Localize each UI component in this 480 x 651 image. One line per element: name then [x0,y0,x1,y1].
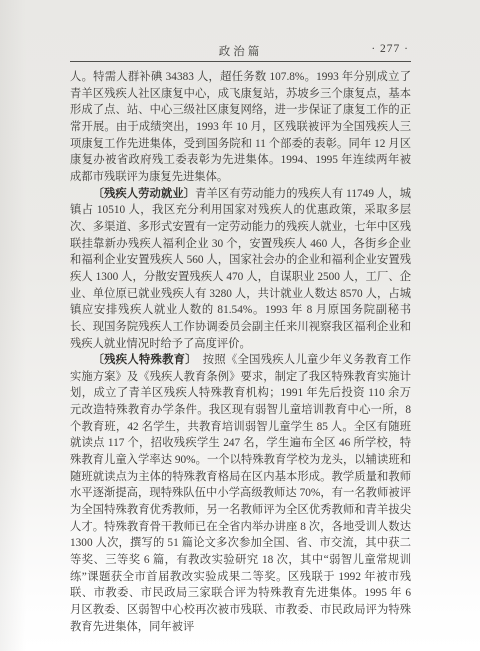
paragraph-text: 按照《全国残疾人儿童少年义务教育工作实施方案》及《残疾人教育条例》要求，制定了我… [70,354,411,633]
paragraph-heading: 〔残疾人特殊教育〕 [93,354,192,366]
section-title: 政治篇 [219,43,263,59]
paragraph-employment: 〔残疾人劳动就业〕青羊区有劳动能力的残疾人有 11749 人，城镇占 10510… [70,186,411,353]
paragraph-heading: 〔残疾人劳动就业〕 [93,188,196,200]
running-head: 政治篇 · 277 · [70,41,411,62]
paragraph-special-education: 〔残疾人特殊教育〕 按照《全国残疾人儿童少年义务教育工作实施方案》及《残疾人教育… [70,352,411,635]
paragraph-text: 青羊区有劳动能力的残疾人有 11749 人，城镇占 10510 人，我区充分利用… [70,188,411,350]
page-number: · 277 · [371,43,409,55]
body-text: 人。特需人群补碘 34383 人，超任务数 107.8%。1993 年分别成立了… [70,69,411,635]
paragraph-rehabilitation: 人。特需人群补碘 34383 人，超任务数 107.8%。1993 年分别成立了… [70,69,411,186]
paragraph-text: 人。特需人群补碘 34383 人，超任务数 107.8%。1993 年分别成立了… [70,71,411,183]
scanned-book-page: 政治篇 · 277 · 人。特需人群补碘 34383 人，超任务数 107.8%… [0,0,480,651]
